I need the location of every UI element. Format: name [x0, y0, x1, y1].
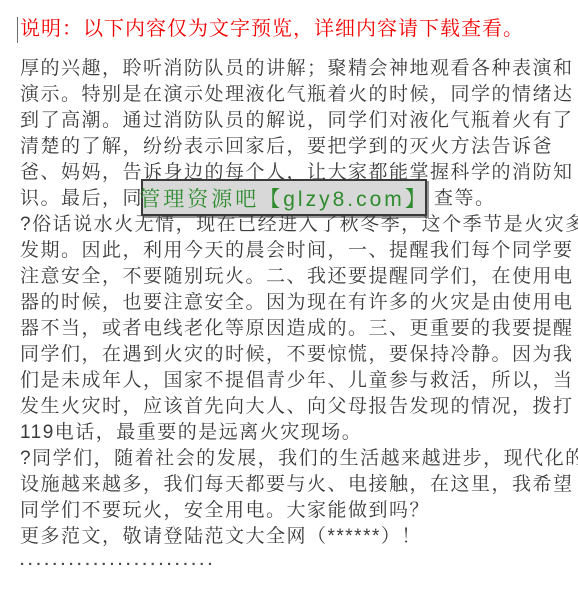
site-watermark-link[interactable]: 管理资源吧【glzy8.com】: [141, 179, 427, 216]
body-line: 注意安全，不要随别玩火。二、我还要提醒同学们，在使用电: [20, 264, 568, 290]
line-text-after-watermark: 查等。: [434, 188, 496, 209]
line-text-before-watermark: 识。最后，同: [20, 188, 143, 209]
body-line: 们是未成年人，国家不提倡青少年、儿童参与救活，所以，当: [20, 368, 568, 394]
body-line: 到了高潮。通过消防队员的解说，同学们对液化气瓶着火有了: [20, 108, 568, 134]
body-line: 演示。特别是在演示处理液化气瓶着火的时候，同学的情绪达: [20, 82, 568, 108]
preview-notice: 说明：以下内容仅为文字预览，详细内容请下载查看。: [20, 15, 524, 43]
more-essays-line: 更多范文，敬请登陆范文大全网（******）！: [20, 524, 568, 550]
body-line: 厚的兴趣，聆听消防队员的讲解；聚精会神地观看各种表演和: [20, 56, 568, 82]
body-line: 设施越来越多，我们每天都要与火、电接触，在这里，我希望: [20, 472, 568, 498]
body-line: 119电话，最重要的是远离火灾现场。: [20, 420, 568, 446]
body-line: 发期。因此，利用今天的晨会时间，一、提醒我们每个同学要: [20, 238, 568, 264]
document-body: 厚的兴趣，聆听消防队员的讲解；聚精会神地观看各种表演和 演示。特别是在演示处理液…: [20, 56, 568, 576]
body-line: 同学们，在遇到火灾的时候，不要惊慌，要保持冷静。因为我: [20, 342, 568, 368]
document-preview-page: 说明：以下内容仅为文字预览，详细内容请下载查看。 厚的兴趣，聆听消防队员的讲解；…: [0, 0, 578, 600]
body-line: 同学们不要玩火，安全用电。大家能做到吗？: [20, 498, 568, 524]
site-watermark-label: 管理资源吧【glzy8.com】: [139, 183, 429, 213]
body-line: ?同学们，随着社会的发展，我们的生活越来越进步，现代化的: [20, 446, 568, 472]
body-line: 发生火灾时，应该首先向大人、向父母报告发现的情况，拨打: [20, 394, 568, 420]
body-line: 清楚的了解，纷纷表示回家后，要把学到的灭火方法告诉爸: [20, 134, 568, 160]
body-line: 器不当，或者电线老化等原因造成的。三、更重要的我要提醒: [20, 316, 568, 342]
text-cursor: [17, 17, 18, 43]
body-line: 器的时候，也要注意安全。因为现在有许多的火灾是由使用电: [20, 290, 568, 316]
trailing-dots: ........................: [20, 550, 568, 576]
